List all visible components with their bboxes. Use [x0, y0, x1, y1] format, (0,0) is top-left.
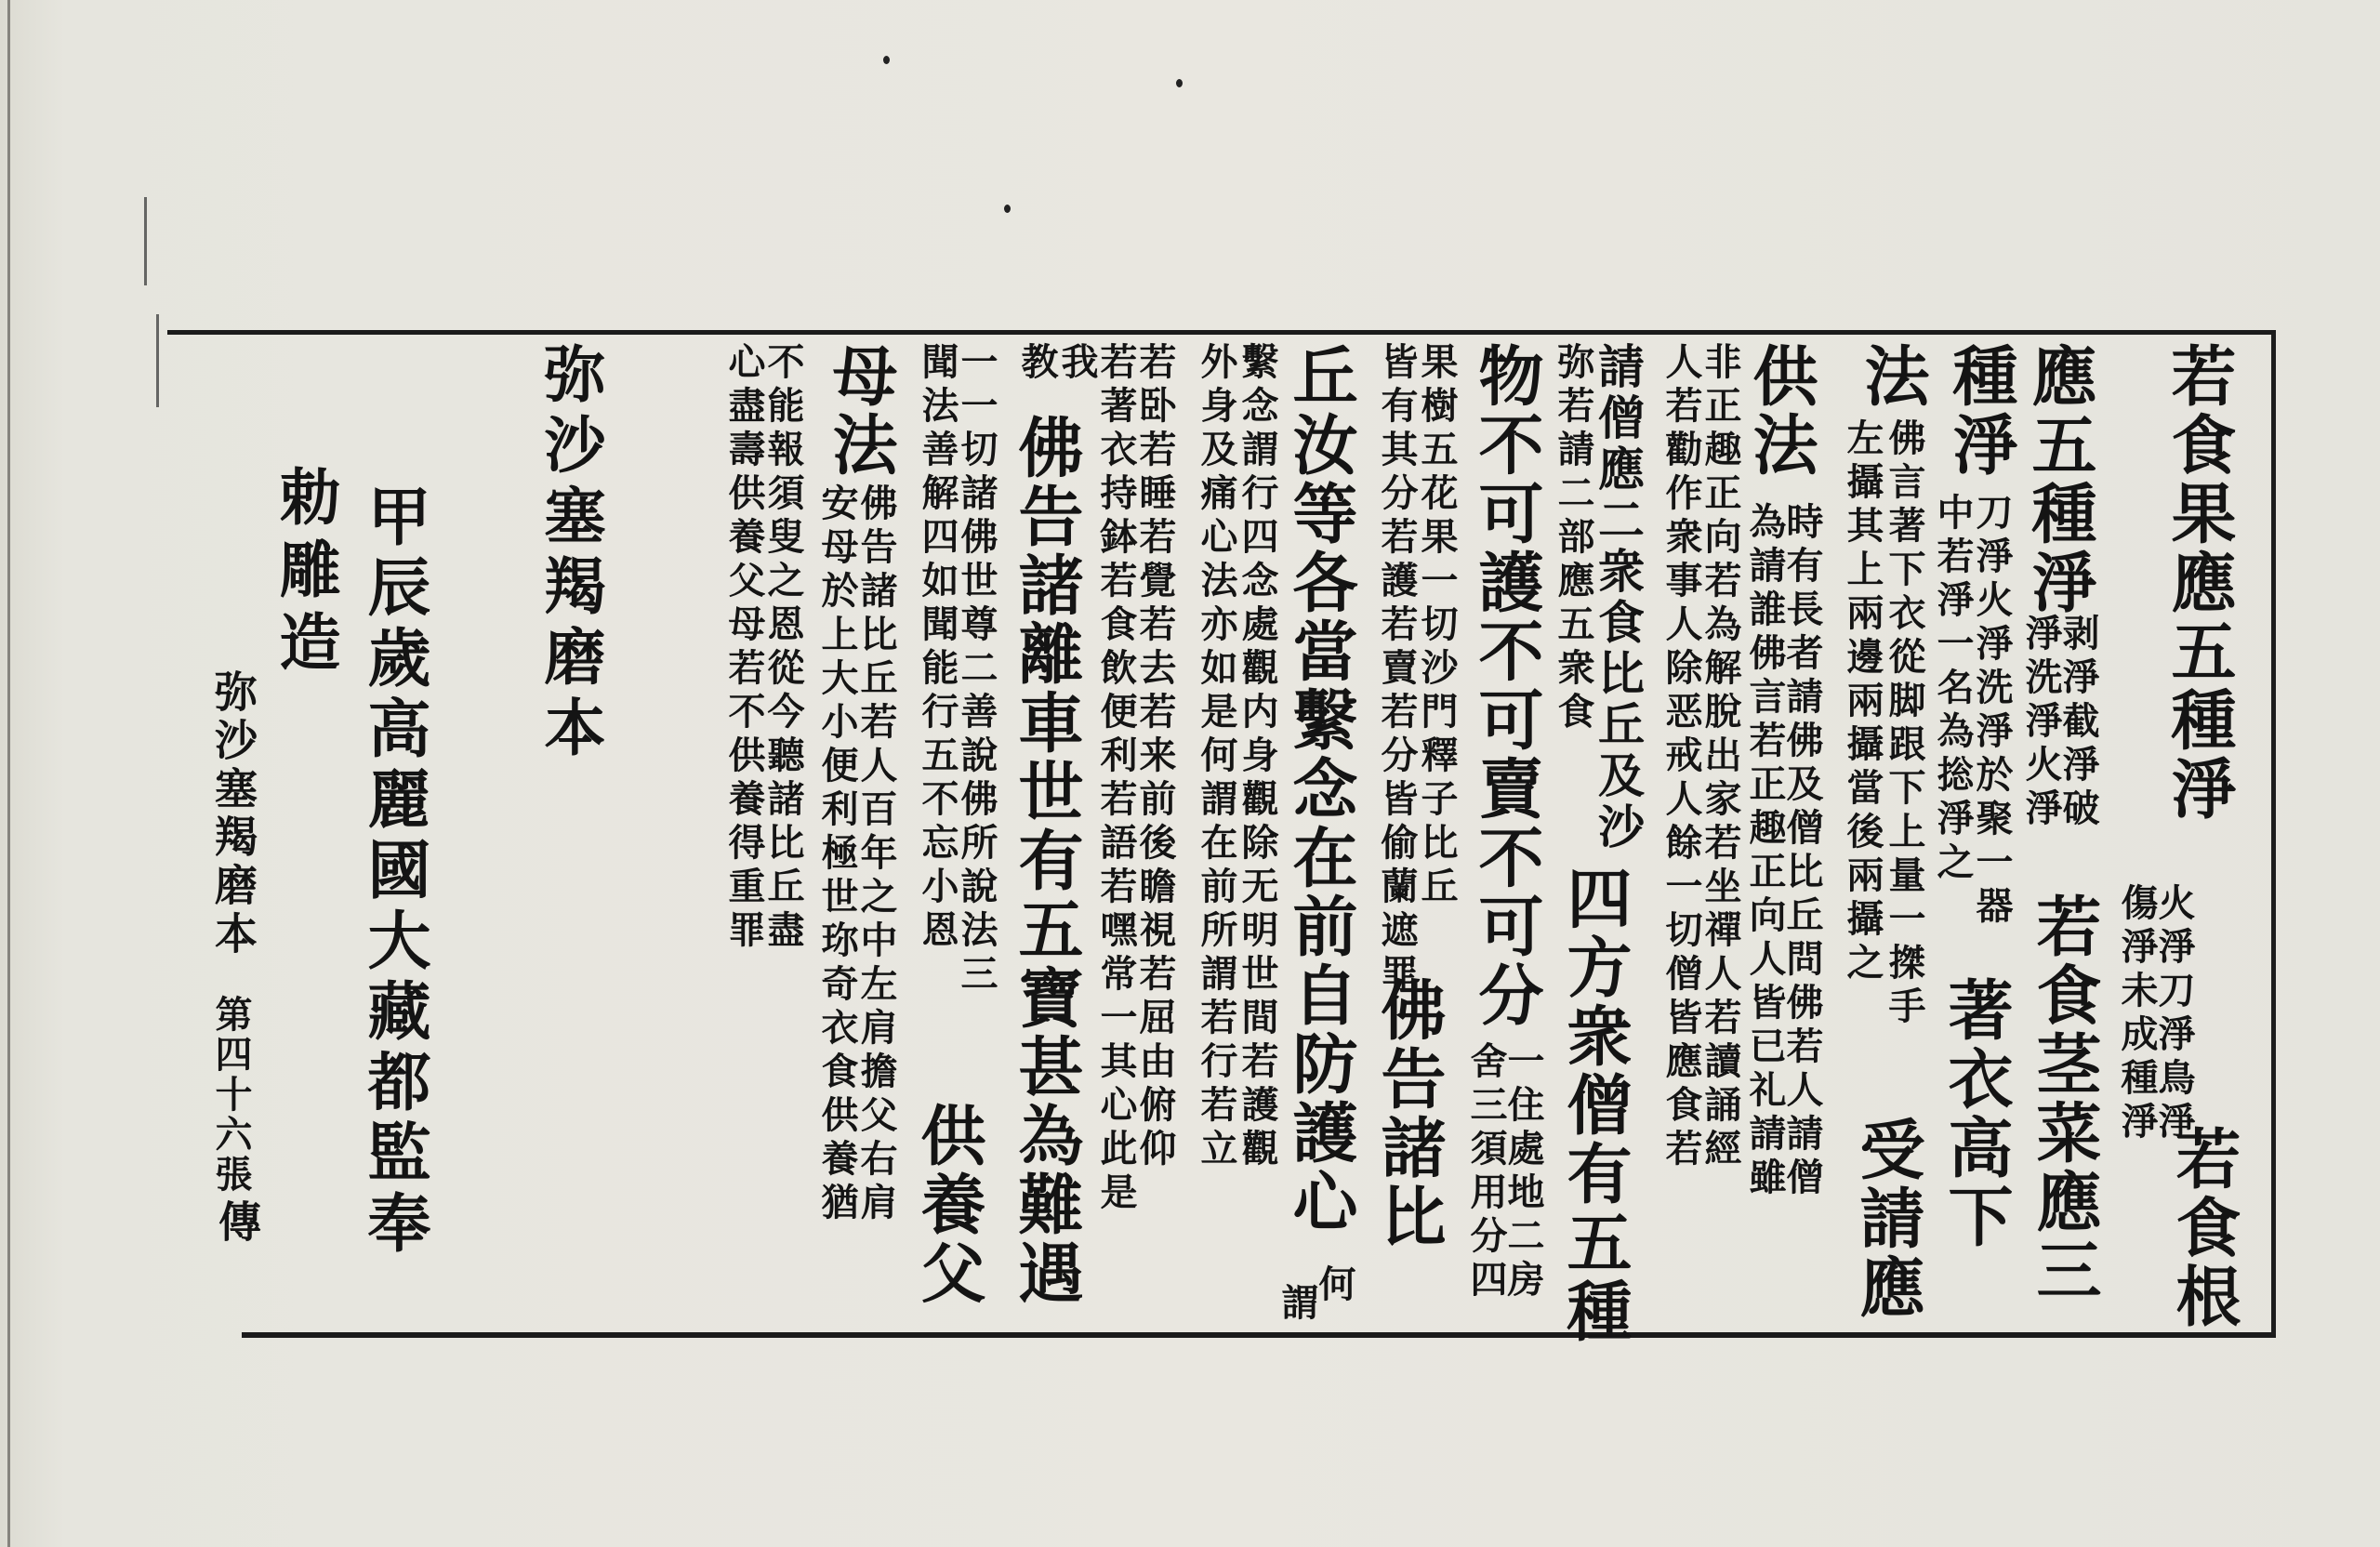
annotation-column: 果樹五花果一切沙門釋子比丘: [1418, 342, 1455, 910]
text-column: 受請應: [1855, 1116, 1920, 1322]
ink-speck: [883, 56, 890, 64]
annotation-column: 為請誰佛言若正趣正向人皆已礼請雖: [1746, 502, 1783, 1201]
annotation-column: 弥若請二部應五衆食: [1554, 342, 1592, 735]
text-column: 供養父: [916, 1102, 981, 1308]
text-column: 物不可護不可賣不可分: [1474, 342, 1539, 1030]
annotation-column: 心盡壽供養父母若不供養得重罪: [725, 342, 762, 954]
annotation-column: 一一切諸佛世尊二善說佛所說法三: [958, 342, 995, 998]
annotation-column: 非正趣正向若為解脫出家若坐禪人若讀誦經: [1701, 342, 1739, 1172]
text-column: 丘汝等各當繫念在前自防護心: [1288, 342, 1353, 1236]
margin-text-title: 弥沙塞羯磨本: [212, 669, 255, 959]
frame-right-border: [2271, 333, 2276, 1335]
text-column: 種淨: [1948, 342, 2013, 480]
annotation-column: 教: [1018, 342, 1055, 386]
colophon-title: 弥沙塞羯磨本: [539, 342, 601, 766]
colophon-date-line: 甲辰歲高麗國大藏都監奉: [363, 483, 426, 1261]
annotation-column: 剥淨截淨破: [2059, 614, 2096, 832]
ink-speck: [1176, 79, 1183, 87]
text-column: 供法: [1748, 342, 1813, 480]
annotation-column: 皆有其分若護若賣若分皆偷蘭遮罪: [1378, 342, 1415, 998]
text-column: 若食茎菜應三: [2031, 892, 2096, 1305]
text-column: 請僧應二衆食比丘及沙: [1594, 342, 1641, 853]
ink-speck: [1004, 205, 1011, 213]
annotation-column: 若著衣持鉢若食飲便利若語若嘿常一其心此是: [1097, 342, 1134, 1216]
annotation-column: 不能報須叟之恩從今聽諸比丘盡: [764, 342, 801, 954]
text-column: 母法: [827, 342, 892, 480]
text-column: 法: [1859, 342, 1924, 411]
annotation-column: 若卧若睡若覺若去若来前後瞻視若屈由俯仰: [1136, 342, 1173, 1172]
annotation-column: 我: [1058, 342, 1095, 386]
annotation-column: 佛言著下衣從脚跟下上量一搩手: [1885, 418, 1923, 1030]
frame-top-border: [167, 330, 2276, 335]
annotation-column: 佛告諸比丘若人百年之中左肩擔父右肩: [857, 483, 894, 1226]
annotation-column: 聞法善解四如聞能行五不忘小恩: [919, 342, 956, 954]
annotation-column: 繫念謂行四念處觀内身觀除无明世間若護觀: [1238, 342, 1276, 1172]
frame-bottom-border: [242, 1332, 2276, 1338]
annotation-column: 何: [1316, 1264, 1353, 1308]
annotation-column: 左攝其上兩邊兩攝當後兩攝之: [1844, 418, 1881, 986]
annotation-column: 中若淨一名為捴淨之: [1934, 493, 1971, 886]
annotation-column: 火淨刀淨鳥淨: [2155, 883, 2192, 1145]
annotation-column: 淨洗淨火淨: [2022, 614, 2059, 832]
text-column: 四方衆僧有五種: [1562, 865, 1627, 1346]
annotation-column: 外身及痛心法亦如是何謂在前所謂若行若立: [1197, 342, 1235, 1172]
margin-page-number: 第四十六張: [212, 995, 249, 1195]
annotation-column: 舍三須用分四: [1467, 1041, 1504, 1303]
annotation-column: 安母於上大小便利極世珎奇衣食供養猶: [818, 483, 855, 1226]
annotation-column: 刀淨火淨洗淨於聚一器: [1973, 493, 2010, 930]
annotation-column: 謂: [1278, 1283, 1316, 1327]
text-column: 若食根: [2171, 1125, 2236, 1331]
text-column: 著衣高下: [1943, 976, 2008, 1251]
margin-guide-line: [156, 314, 159, 407]
margin-guide-line: [144, 197, 147, 285]
annotation-column: 一住處地二房: [1504, 1041, 1541, 1303]
annotation-column: 時有長者請佛及僧比丘問佛若人請僧: [1783, 502, 1820, 1201]
text-column: 若食果應五種淨: [2166, 342, 2231, 824]
annotation-column: 傷淨未成種淨: [2118, 883, 2155, 1145]
text-column: 佛告諸離車世有五寶甚為難遇: [1013, 414, 1078, 1308]
colophon-carving-line: 勅雕造: [274, 465, 336, 682]
text-column: 應五種淨: [2027, 342, 2092, 617]
binding-edge-line: [7, 0, 10, 1547]
annotation-column: 人若勸作衆事人除恶戒人餘一切僧皆應食若: [1662, 342, 1699, 1172]
margin-carver-name: 傳: [216, 1199, 258, 1248]
text-column: 佛告諸比: [1376, 976, 1441, 1251]
